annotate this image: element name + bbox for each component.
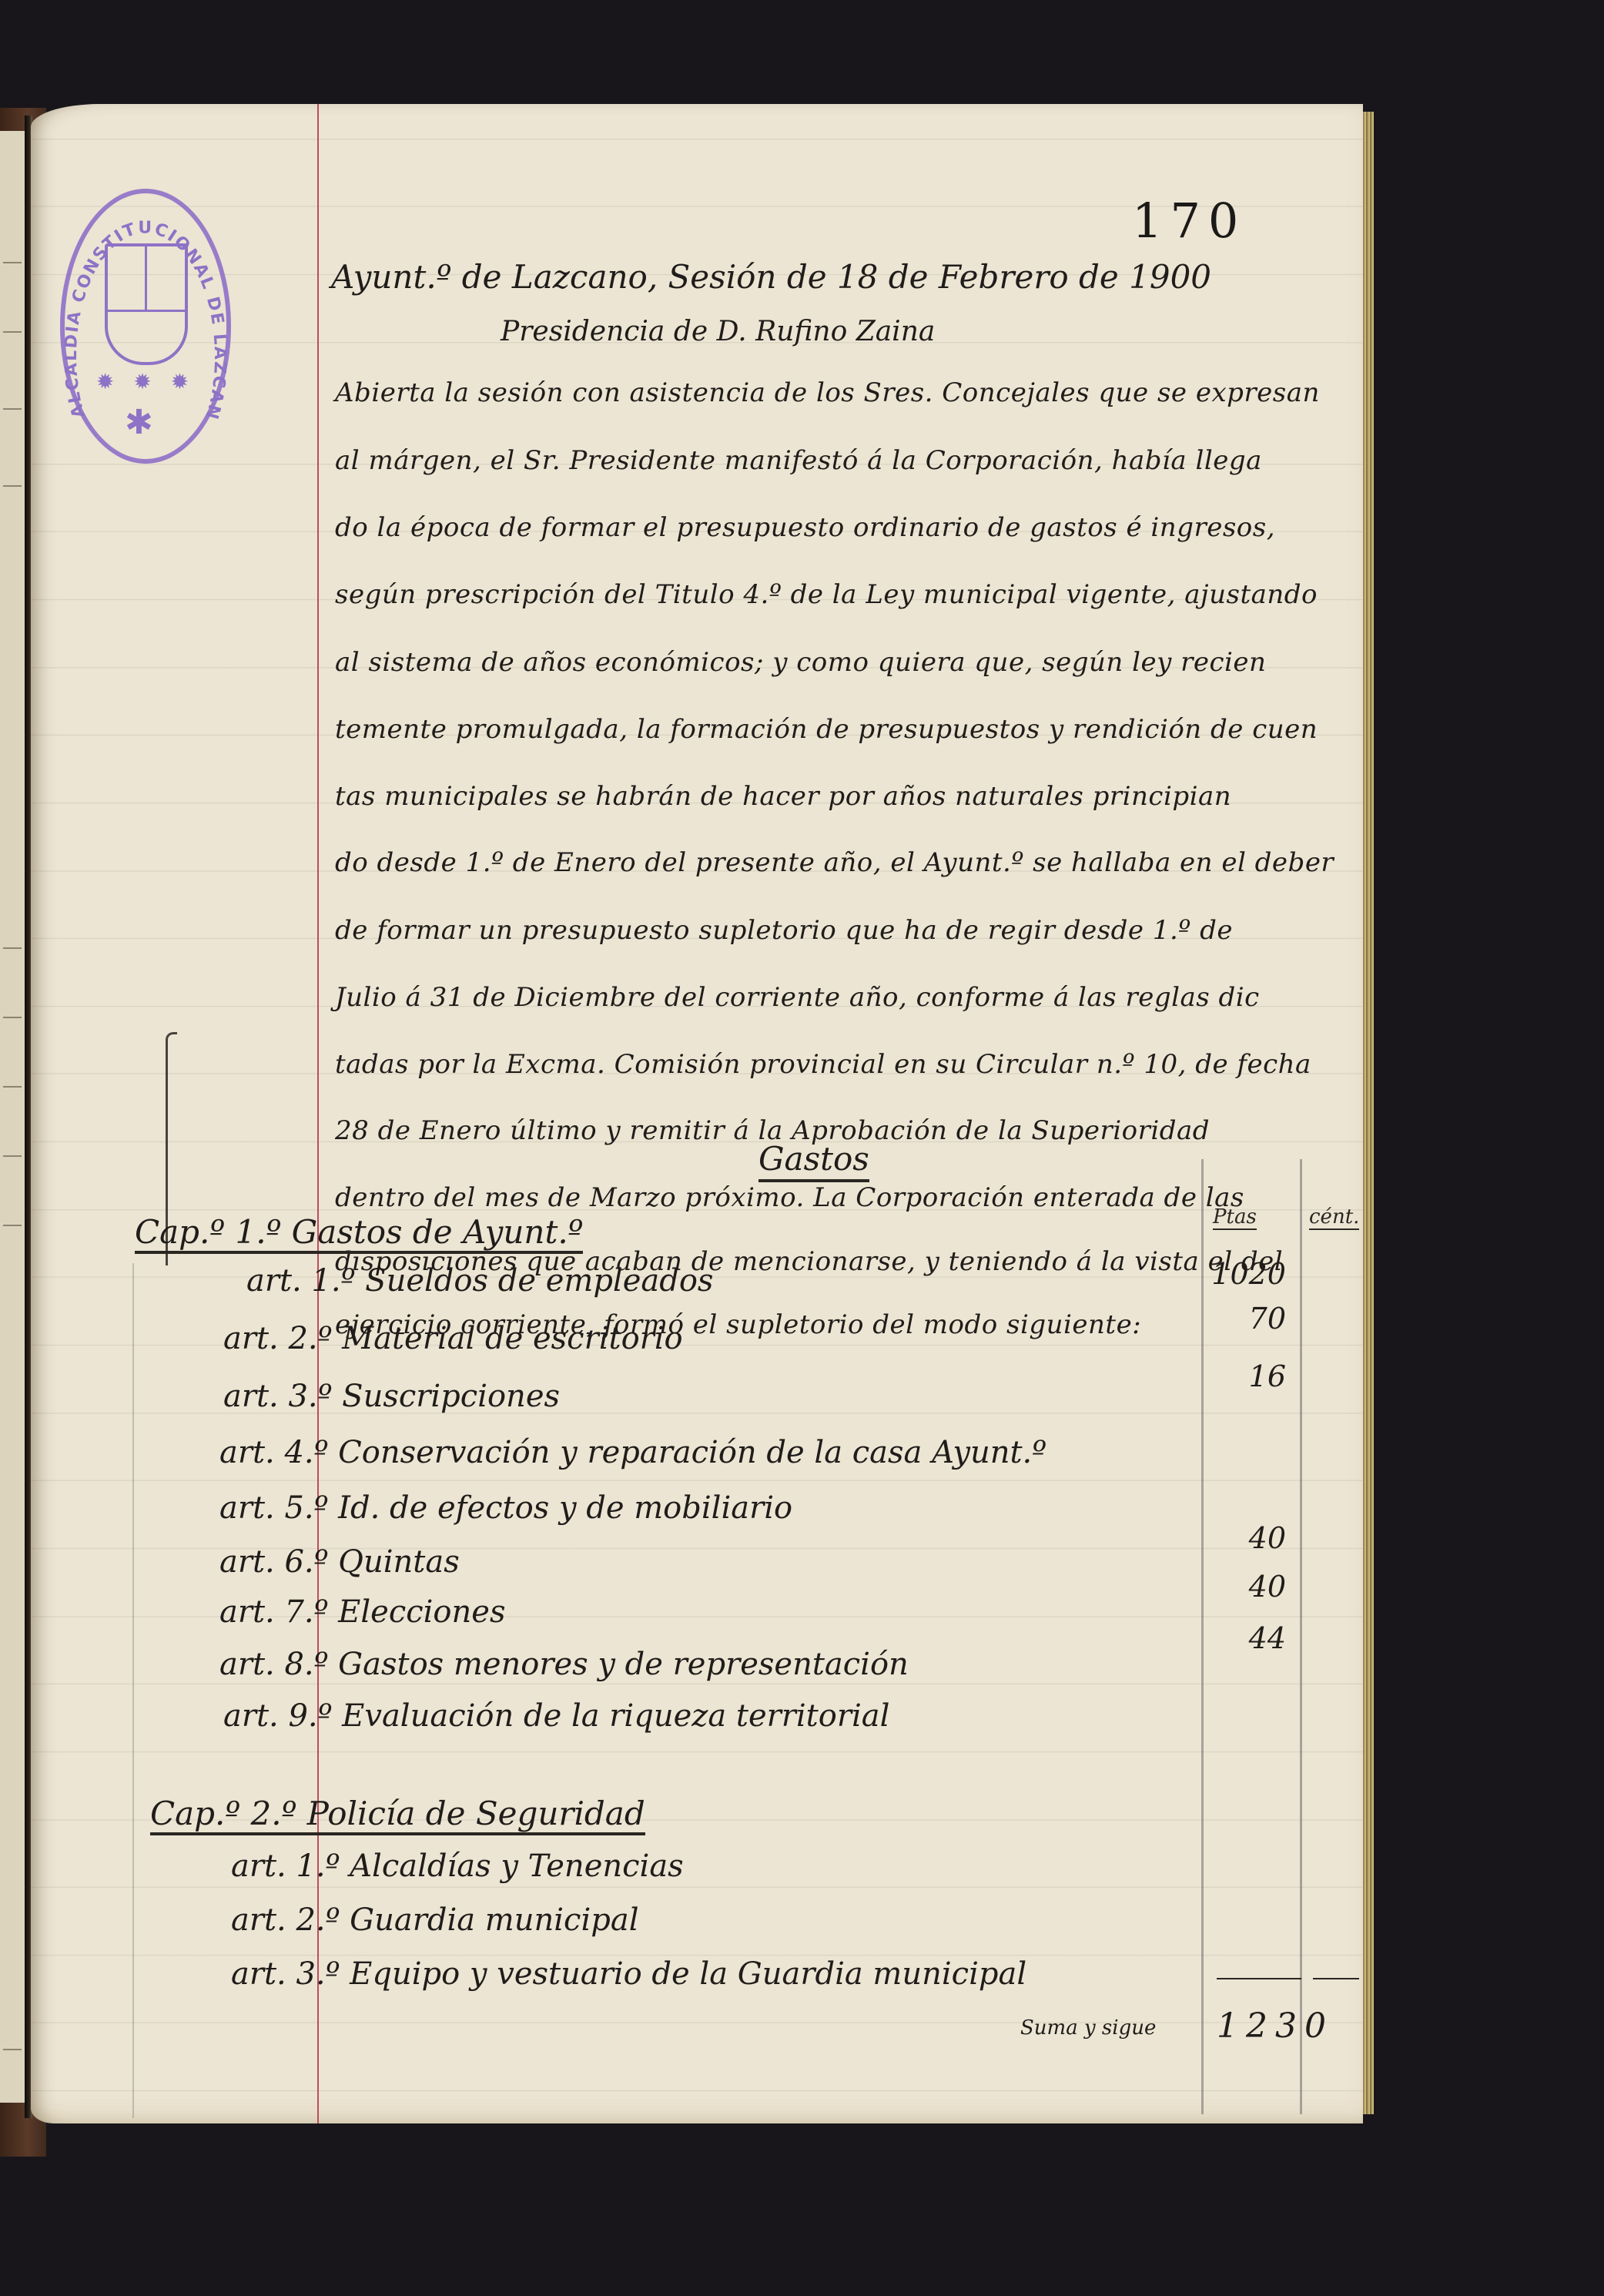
body-line: Abierta la sesión con asistencia de los … (335, 377, 1320, 408)
budget-article: art. 8.º Gastos menores y de representac… (219, 1647, 909, 1682)
gilded-page-edge (1363, 112, 1374, 2114)
article-amount: 16 (1201, 1359, 1286, 1393)
page-number: 170 (1132, 193, 1246, 249)
budget-article: art. 4.º Conservación y reparación de la… (219, 1435, 1046, 1470)
body-line: temente promulgada, la formación de pres… (335, 714, 1318, 745)
article-amount: 40 (1201, 1570, 1286, 1604)
gastos-section-title: Gastos (758, 1140, 869, 1182)
presidency-line: Presidencia de D. Rufino Zaina (501, 316, 935, 347)
budget-article: art. 1.º Sueldos de empleados (246, 1263, 713, 1299)
budget-article: art. 9.º Evaluación de la riqueza territ… (223, 1698, 889, 1734)
session-heading: Ayunt.º de Lazcano, Sesión de 18 de Febr… (331, 258, 1211, 296)
budget-article: art. 2.º Material de escritorio (223, 1321, 683, 1356)
article-amount: 70 (1201, 1302, 1286, 1336)
article-amount: 40 (1201, 1521, 1286, 1555)
pencil-margin-rule (132, 1263, 134, 2118)
body-line: dentro del mes de Marzo próximo. La Corp… (335, 1182, 1244, 1213)
body-line: do la época de formar el presupuesto ord… (335, 512, 1275, 543)
star-icons: ✹ ✹ ✹ (88, 369, 203, 394)
ptas-column-header: Ptas (1213, 1205, 1257, 1230)
municipal-seal-stamp: ALCALDIA CONSTITUCIONAL DE LAZCANO ✹ ✹ ✹… (60, 189, 231, 464)
carried-forward-amount: 1230 (1217, 2006, 1334, 2046)
article-amount: 44 (1201, 1621, 1286, 1655)
body-line: al sistema de años económicos; y como qu… (335, 647, 1266, 678)
body-line: de formar un presupuesto supletorio que … (335, 915, 1233, 946)
chapter-heading: Cap.º 1.º Gastos de Ayunt.º (135, 1213, 583, 1254)
asterisk-star-icon: ✱ (125, 403, 153, 442)
body-line: Julio á 31 de Diciembre del corriente añ… (335, 982, 1260, 1013)
body-line: según prescripción del Titulo 4.º de la … (335, 579, 1318, 610)
article-amount: 1020 (1201, 1257, 1286, 1291)
budget-article: art. 7.º Elecciones (219, 1594, 505, 1630)
budget-article: art. 5.º Id. de efectos y de mobiliario (219, 1490, 792, 1526)
carried-forward-label: Suma y sigue (1020, 2016, 1156, 2040)
budget-article: art. 1.º Alcaldías y Tenencias (231, 1849, 684, 1884)
coat-of-arms-icon (105, 243, 188, 365)
body-line: do desde 1.º de Enero del presente año, … (335, 847, 1334, 878)
body-line: al márgen, el Sr. Presidente manifestó á… (335, 445, 1262, 476)
budget-article: art. 2.º Guardia municipal (231, 1902, 639, 1938)
sum-rule (1313, 1978, 1359, 1979)
chapter-heading: Cap.º 2.º Policía de Seguridad (150, 1795, 645, 1835)
body-line: tas municipales se habrán de hacer por a… (335, 781, 1231, 812)
left-facing-page (0, 131, 26, 2103)
cents-column-header: cént. (1309, 1205, 1359, 1230)
body-line: tadas por la Excma. Comisión provincial … (335, 1049, 1311, 1080)
cents-column-rule (1300, 1159, 1302, 2114)
budget-article: art. 6.º Quintas (219, 1544, 460, 1580)
budget-article: art. 3.º Equipo y vestuario de la Guardi… (231, 1956, 1026, 1992)
budget-article: art. 3.º Suscripciones (223, 1379, 560, 1414)
sum-rule (1217, 1978, 1301, 1979)
